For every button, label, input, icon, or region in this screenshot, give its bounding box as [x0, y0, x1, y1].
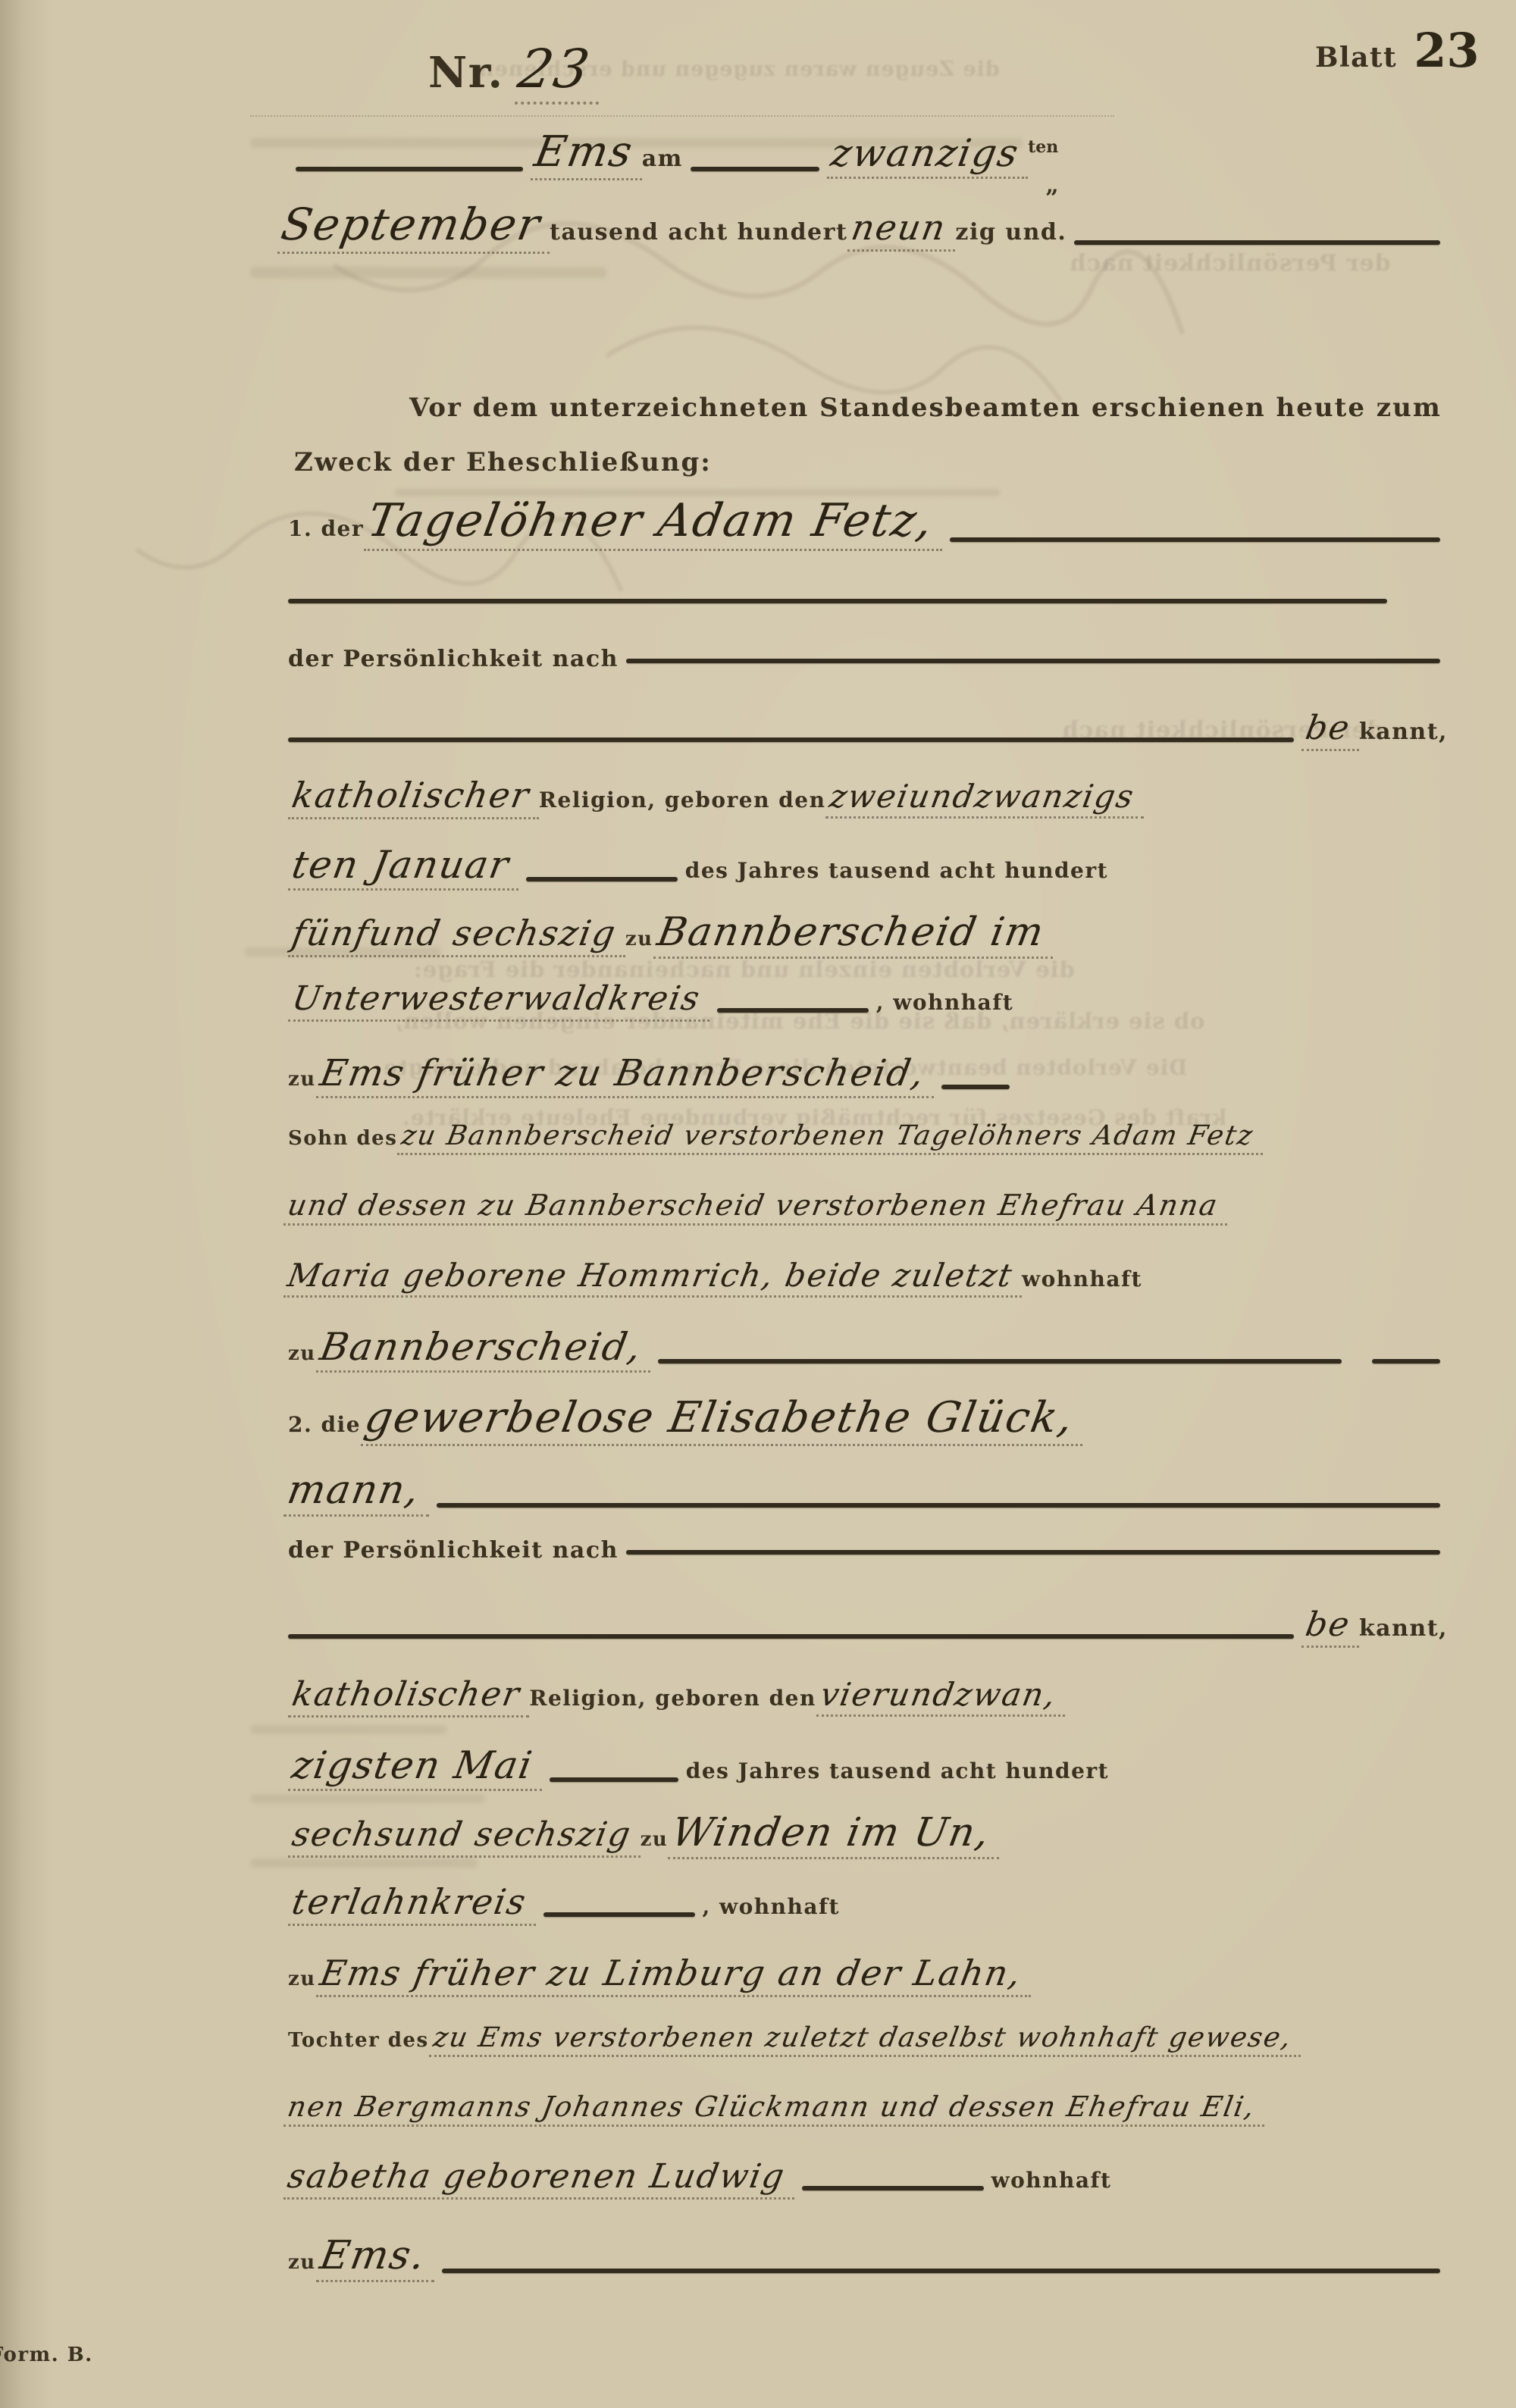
bride-religion-label: Religion, geboren den: [529, 1686, 816, 1711]
record-decade: neun: [849, 207, 951, 248]
bride-bekannt-row: be kannt,: [288, 1605, 1448, 1648]
groom-parents-line1: zu Bannberscheid verstorbenen Tagelöhner…: [399, 1120, 1257, 1151]
groom-year-label: des Jahres tausend acht hundert: [685, 858, 1108, 883]
groom-zu-label: zu: [625, 928, 653, 950]
rule-solid: [941, 1085, 1010, 1089]
record-place: Ems: [531, 127, 637, 177]
groom-bekannt-row: be kannt,: [288, 709, 1448, 751]
bride-identity-row: der Persönlichkeit nach: [288, 1537, 1448, 1564]
groom-kannt-label: kannt,: [1359, 719, 1448, 745]
rule-solid: [691, 167, 819, 171]
groom-wohnhaft-label2: wohnhaft: [1022, 1267, 1142, 1292]
bride-birth-day1: vierundzwan,: [818, 1676, 1060, 1713]
nr-value: 23: [513, 38, 595, 100]
bride-birth-year: sechsund sechszig: [290, 1815, 635, 1854]
marriage-register-page: die Zeugen waren zugegen und erschienen:…: [0, 0, 1516, 2408]
bride-residence-row: zu Ems früher zu Limburg an der Lahn,: [288, 1952, 1448, 1997]
bride-birth-place: Winden im Un,: [669, 1810, 994, 1855]
rule-solid: [543, 1912, 695, 1917]
bride-religion: katholischer: [290, 1675, 524, 1714]
groom-religion-row: katholischer Religion, geboren den zweiu…: [288, 775, 1448, 819]
groom-item-label: 1. der: [288, 516, 364, 541]
blatt-number: 23: [1414, 23, 1479, 78]
sheet-number: Blatt 23: [1315, 23, 1479, 78]
rule-solid: [717, 1008, 869, 1013]
bride-zu-label: zu: [641, 1828, 669, 1851]
bride-parents-residence-row: zu Ems.: [288, 2233, 1448, 2282]
bride-name2: mann,: [284, 1467, 424, 1513]
groom-zu-label2: zu: [288, 1068, 316, 1091]
faint-rule: [250, 115, 1114, 117]
rule-solid: [296, 167, 523, 171]
bride-father-row2: nen Bergmanns Johannes Glückmann und des…: [288, 2090, 1448, 2127]
nr-label: Nr.: [428, 48, 504, 98]
record-month: September: [277, 199, 545, 250]
bride-name-row2: mann,: [288, 1467, 1448, 1517]
bride-birth-day2: zigsten Mai: [289, 1743, 537, 1787]
rule-solid: [626, 659, 1440, 663]
thousand-label: tausend acht hundert: [550, 219, 847, 246]
groom-father-row: Sohn des zu Bannberscheid verstorbenen T…: [288, 1120, 1448, 1155]
rule-solid: [1074, 240, 1440, 245]
bride-birth-district: terlahnkreis: [289, 1881, 530, 1922]
groom-religion: katholischer: [289, 775, 533, 816]
bride-father-row: Tochter des zu Ems verstorbenen zuletzt …: [288, 2022, 1448, 2057]
bride-name-row: 2. die gewerbelose Elisabethe Glück,: [288, 1393, 1448, 1446]
groom-birthyear-row: fünfund sechszig zu Bannberscheid im: [288, 910, 1448, 959]
bride-district-row: terlahnkreis , wohnhaft: [288, 1881, 1448, 1926]
day-suffix: ten: [1028, 137, 1058, 157]
dateline-row1: Ems am zwanzigs ten„: [288, 127, 1448, 180]
groom-parents-line3: Maria geborene Hommrich, beide zuletzt: [285, 1257, 1016, 1294]
record-number: Nr. 23: [428, 38, 599, 105]
bride-persoenlichkeit-label: der Persönlichkeit nach: [288, 1537, 619, 1564]
groom-birthdate-row: ten Januar des Jahres tausend acht hunde…: [288, 843, 1448, 891]
groom-birth-day2: ten Januar: [289, 843, 513, 887]
rule-solid: [288, 737, 1294, 742]
smudge: [250, 1858, 478, 1868]
rule-solid: [626, 1550, 1440, 1555]
record-day: zwanzigs: [828, 131, 1023, 175]
groom-parents-line2: und dessen zu Bannberscheid verstorbenen…: [285, 1188, 1221, 1222]
bride-parents-residence: Ems.: [316, 2233, 429, 2278]
bride-zu-label2: zu: [288, 1968, 316, 1990]
groom-be: be: [1302, 709, 1353, 747]
groom-birth-day1: zweiundzwanzigs: [827, 778, 1138, 815]
bride-residence: Ems früher zu Limburg an der Lahn,: [317, 1952, 1025, 1993]
rule-solid: [442, 2269, 1440, 2273]
groom-residence: Ems früher zu Bannberscheid,: [317, 1052, 929, 1094]
groom-parents-residence-row: zu Bannberscheid,: [288, 1325, 1448, 1373]
form-note: Form. B.: [0, 2344, 93, 2366]
groom-mother-row2: Maria geborene Hommrich, beide zuletzt w…: [288, 1257, 1448, 1298]
bride-birthdate-row: zigsten Mai des Jahres tausend acht hund…: [288, 1743, 1448, 1791]
dateline-row2: September tausend acht hundert neun zig …: [288, 199, 1448, 254]
rule-solid: [437, 1503, 1440, 1508]
groom-birth-place: Bannberscheid im: [653, 910, 1048, 955]
bride-kannt-label: kannt,: [1359, 1615, 1448, 1642]
smudge: [250, 267, 606, 278]
zig-label: zig und: [955, 219, 1057, 246]
blatt-label: Blatt: [1315, 42, 1397, 74]
bride-mother-row: sabetha geborenen Ludwig wohnhaft: [288, 2157, 1448, 2200]
bride-birthyear-row: sechsund sechszig zu Winden im Un,: [288, 1810, 1448, 1859]
rule-solid: [802, 2186, 984, 2190]
ditto-mark: „: [1045, 172, 1060, 199]
bride-tochter-label: Tochter des: [288, 2029, 429, 2052]
bride-zu-label3: zu: [288, 2251, 316, 2274]
bride-parents-line1: zu Ems verstorbenen zuletzt daselbst woh…: [431, 2022, 1294, 2053]
groom-identity-row: der Persönlichkeit nach: [288, 646, 1448, 672]
am-label: am: [642, 146, 683, 172]
bride-be: be: [1302, 1605, 1353, 1644]
groom-district-row: Unterwesterwaldkreis , wohnhaft: [288, 979, 1448, 1022]
bride-wohnhaft-label: , wohnhaft: [703, 1894, 840, 1919]
blank-rule-row: [288, 599, 1395, 612]
bride-name1: gewerbelose Elisabethe Glück,: [361, 1393, 1078, 1442]
groom-religion-label: Religion, geboren den: [539, 788, 826, 813]
groom-zu-label3: zu: [288, 1342, 316, 1365]
rule-solid: [950, 537, 1440, 542]
rule-solid: [288, 599, 1387, 603]
bride-year-label: des Jahres tausend acht hundert: [686, 1758, 1109, 1783]
groom-birth-year: fünfund sechszig: [289, 913, 619, 953]
groom-wohnhaft-label: , wohnhaft: [876, 990, 1013, 1015]
groom-persoenlichkeit-label: der Persönlichkeit nach: [288, 646, 619, 672]
smudge: [250, 1725, 447, 1734]
rule-solid: [658, 1359, 1342, 1364]
groom-name: Tagelöhner Adam Fetz,: [364, 494, 938, 547]
groom-sohn-label: Sohn des: [288, 1127, 397, 1150]
rule-solid: [550, 1777, 678, 1782]
rule-solid: [1372, 1359, 1440, 1364]
groom-parents-residence: Bannberscheid,: [317, 1325, 646, 1369]
smudge: [250, 1794, 485, 1803]
groom-birth-district: Unterwesterwaldkreis: [290, 979, 704, 1018]
intro-line2: Zweck der Eheschließung:: [294, 447, 712, 478]
bride-parents-line3: sabetha geborenen Ludwig: [285, 2157, 789, 2196]
intro-line1: Vor dem unterzeichneten Standesbeamten e…: [409, 393, 1442, 423]
rule-solid: [526, 877, 678, 881]
bride-wohnhaft-label2: wohnhaft: [991, 2168, 1112, 2193]
bride-religion-row: katholischer Religion, geboren den vieru…: [288, 1675, 1448, 1718]
groom-mother-row: und dessen zu Bannberscheid verstorbenen…: [288, 1188, 1448, 1226]
rule-solid: [288, 1634, 1294, 1639]
bride-parents-line2: nen Bergmanns Johannes Glückmann und des…: [285, 2090, 1258, 2123]
groom-name-row: 1. der Tagelöhner Adam Fetz,: [288, 494, 1448, 551]
bride-item-label: 2. die: [288, 1412, 361, 1437]
bleedthrough-line: die Verlobten einzeln und nacheinander d…: [413, 957, 1075, 982]
trailing-period: .: [1057, 219, 1067, 246]
groom-residence-row: zu Ems früher zu Bannberscheid,: [288, 1052, 1448, 1098]
